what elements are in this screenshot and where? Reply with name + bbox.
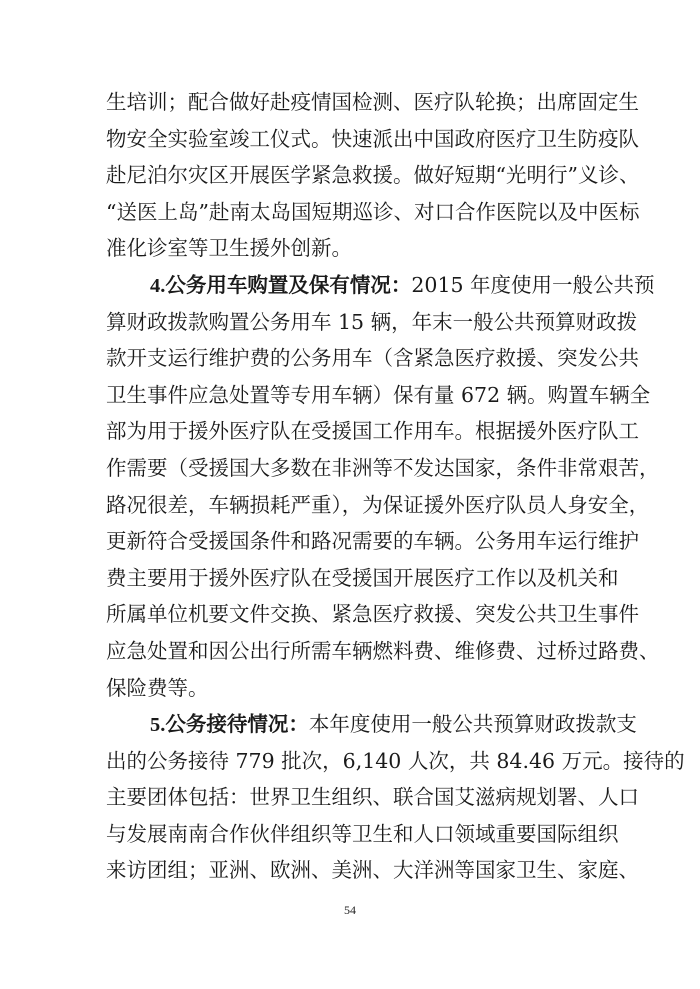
- text-line: 物安全实验室竣工仪式。快速派出中国政府医疗卫生防疫队: [106, 121, 600, 158]
- text-line: 来访团组；亚洲、欧洲、美洲、大洋洲等国家卫生、家庭、: [106, 852, 600, 889]
- text-line: 5.公务接待情况：本年度使用一般公共预算财政拨款支: [106, 706, 600, 743]
- paragraph-official-vehicles: 4.公务用车购置及保有情况：2015 年度使用一般公共预 算财政拨款购置公务用车…: [106, 267, 600, 706]
- text-line: 费主要用于援外医疗队在受援国开展医疗工作以及机关和: [106, 560, 600, 597]
- text-line: 部为用于援外医疗队在受援国工作用车。根据援外医疗队工: [106, 413, 600, 450]
- text-run: 2015 年度使用一般公共预: [411, 273, 654, 297]
- text-line: 更新符合受援国条件和路况需要的车辆。公务用车运行维护: [106, 523, 600, 560]
- text-line: 出的公务接待 779 批次，6,140 人次，共 84.46 万元。接待的: [106, 743, 600, 780]
- section-heading-reception: 5.公务接待情况：: [150, 714, 309, 736]
- text-run: 本年度使用一般公共预算财政拨款支: [309, 712, 637, 736]
- page-number: 54: [0, 903, 700, 918]
- paragraph-official-reception: 5.公务接待情况：本年度使用一般公共预算财政拨款支 出的公务接待 779 批次，…: [106, 706, 600, 889]
- text-line: 款开支运行维护费的公务用车（含紧急医疗救援、突发公共: [106, 340, 600, 377]
- text-line: 赴尼泊尔灾区开展医学紧急救援。做好短期“光明行”义诊、: [106, 157, 600, 194]
- text-line: 保险费等。: [106, 670, 600, 707]
- text-line: 算财政拨款购置公务用车 15 辆，年末一般公共预算财政拨: [106, 304, 600, 341]
- paragraph-continuation: 生培训；配合做好赴疫情国检测、医疗队轮换；出席固定生 物安全实验室竣工仪式。快速…: [106, 84, 600, 267]
- text-line: 与发展南南合作伙伴组织等卫生和人口领域重要国际组织: [106, 816, 600, 853]
- document-page: 生培训；配合做好赴疫情国检测、医疗队轮换；出席固定生 物安全实验室竣工仪式。快速…: [106, 84, 600, 889]
- text-line: 卫生事件应急处置等专用车辆）保有量 672 辆。购置车辆全: [106, 377, 600, 414]
- text-line: “送医上岛”赴南太岛国短期巡诊、对口合作医院以及中医标: [106, 194, 600, 231]
- text-line: 路况很差，车辆损耗严重），为保证援外医疗队员人身安全，: [106, 487, 600, 524]
- text-line: 生培训；配合做好赴疫情国检测、医疗队轮换；出席固定生: [106, 84, 600, 121]
- text-line: 应急处置和因公出行所需车辆燃料费、维修费、过桥过路费、: [106, 633, 600, 670]
- text-line: 所属单位机要文件交换、紧急医疗救援、突发公共卫生事件: [106, 596, 600, 633]
- section-heading-vehicles: 4.公务用车购置及保有情况：: [150, 275, 411, 297]
- text-line: 4.公务用车购置及保有情况：2015 年度使用一般公共预: [106, 267, 600, 304]
- text-line: 准化诊室等卫生援外创新。: [106, 230, 600, 267]
- text-line: 作需要（受援国大多数在非洲等不发达国家，条件非常艰苦，: [106, 450, 600, 487]
- text-line: 主要团体包括：世界卫生组织、联合国艾滋病规划署、人口: [106, 779, 600, 816]
